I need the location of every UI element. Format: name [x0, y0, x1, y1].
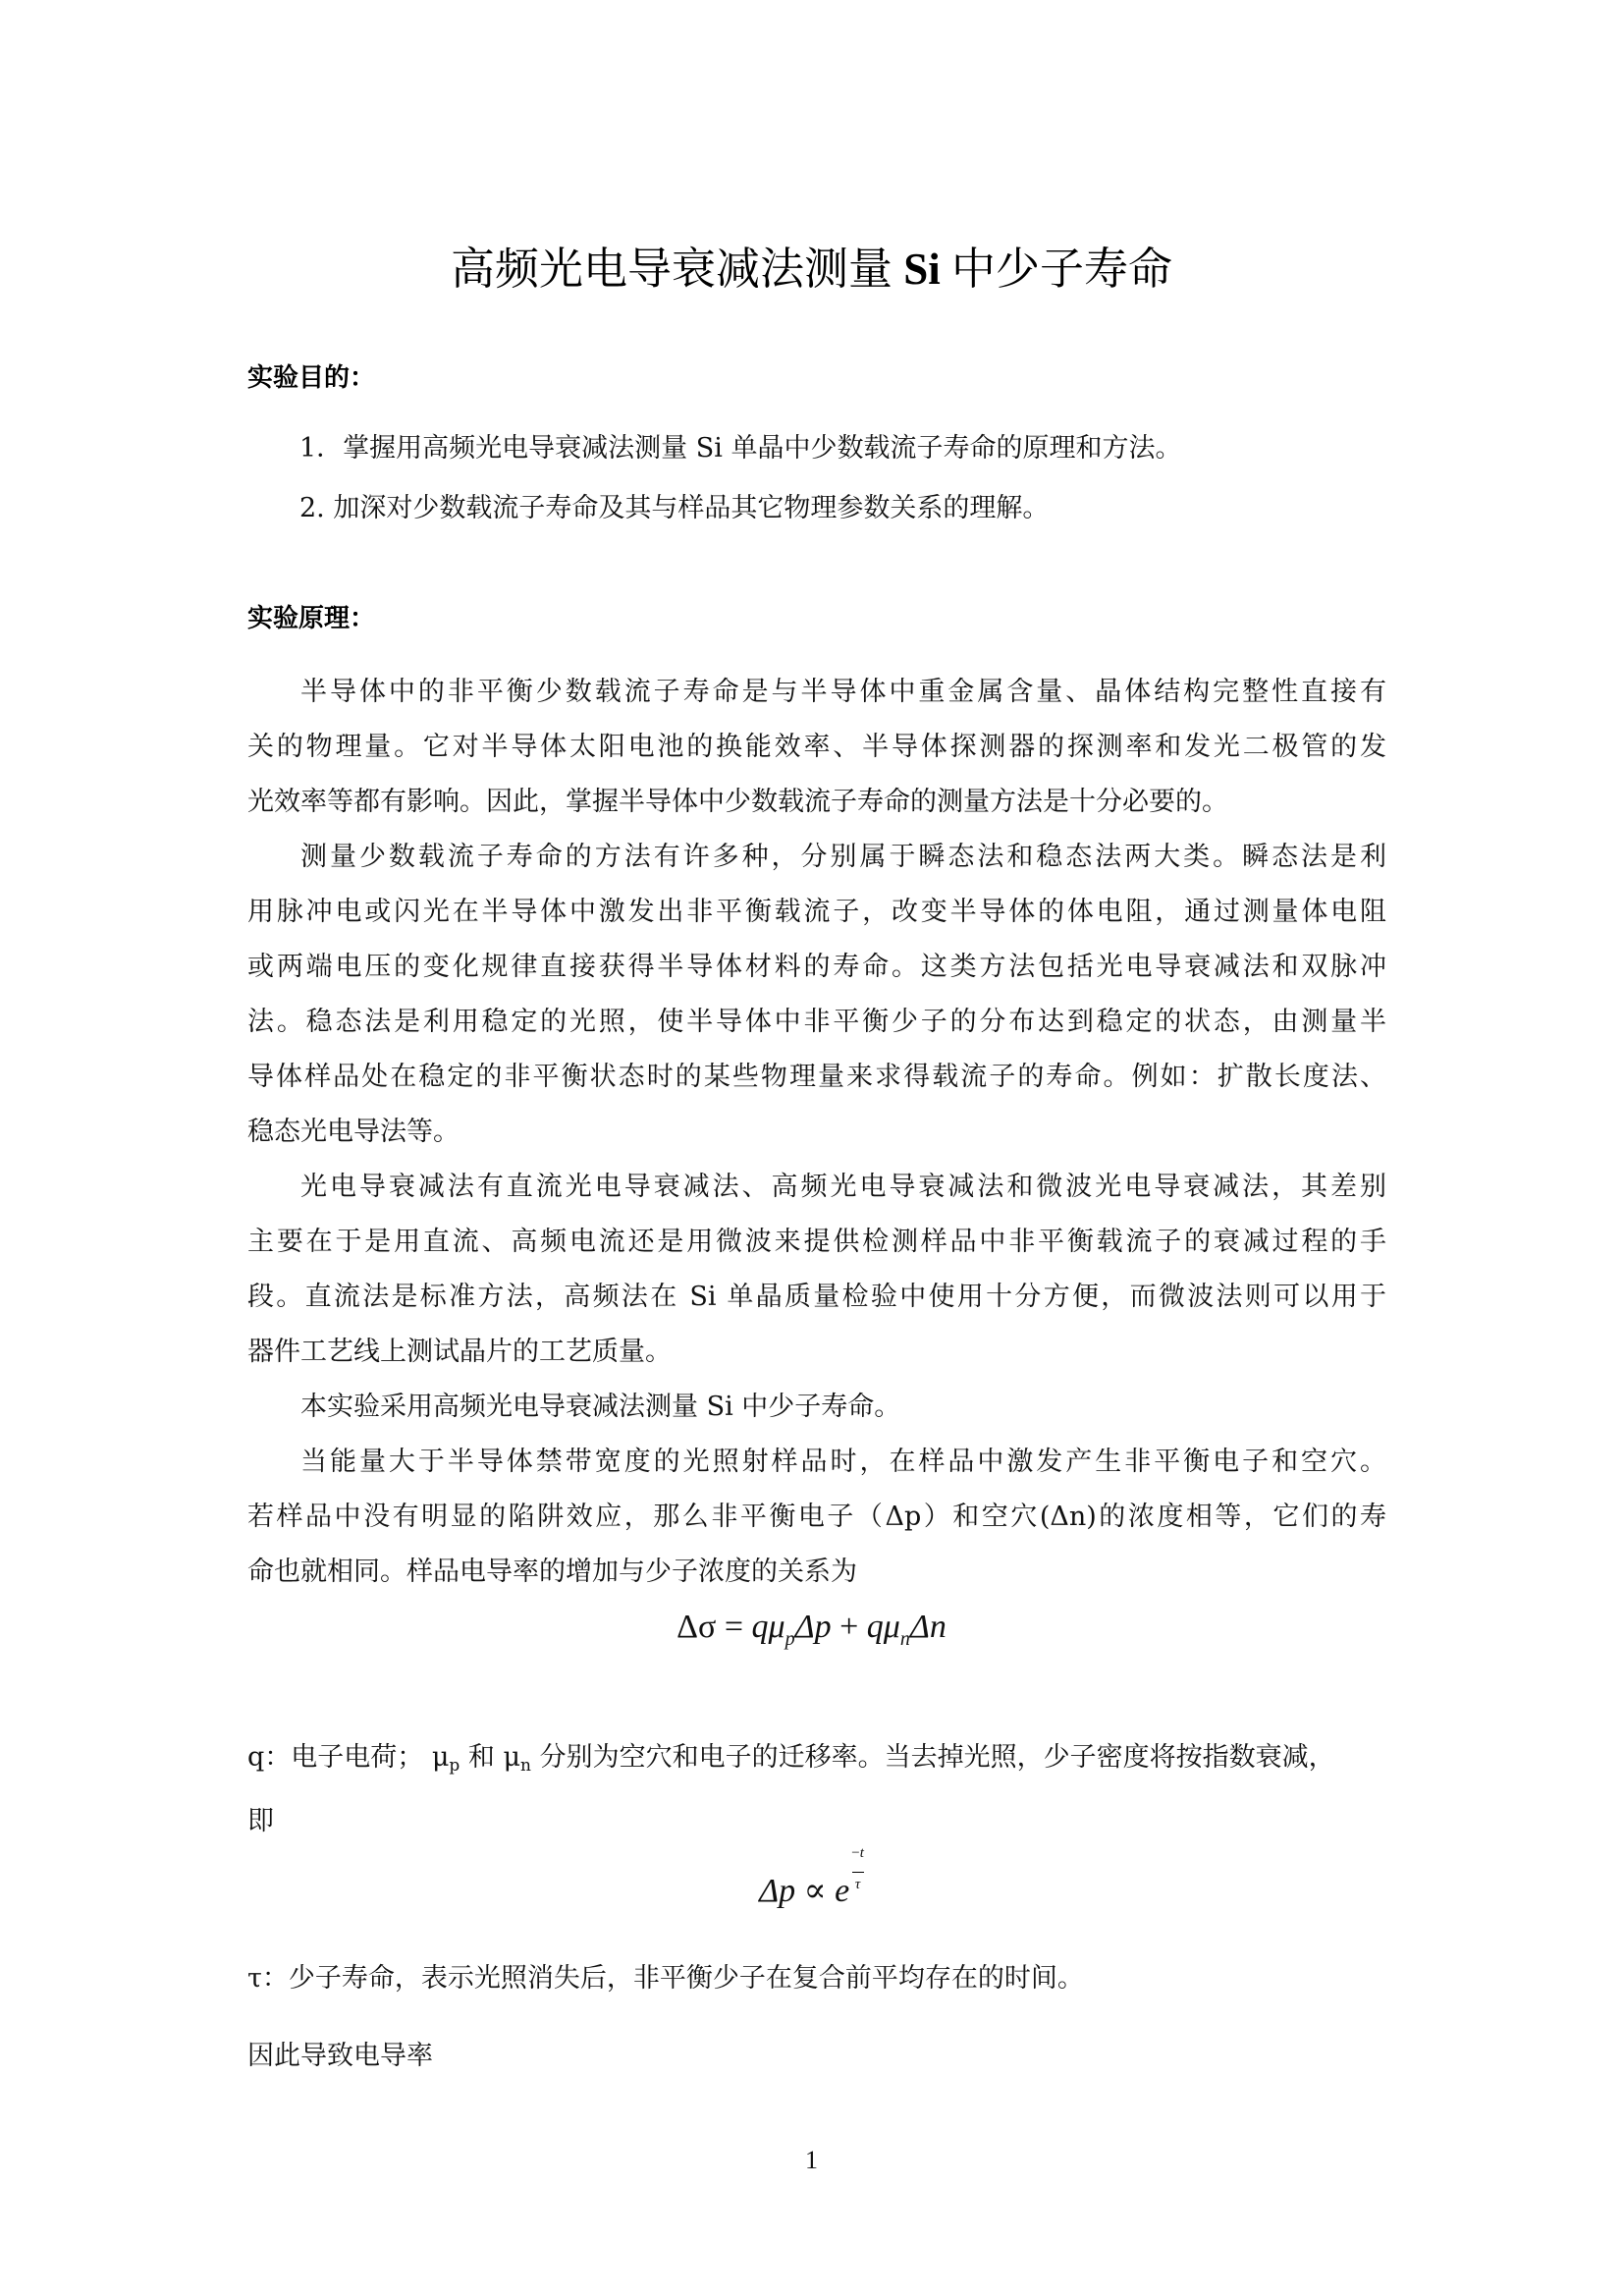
principle-paragraph-1: 半导体中的非平衡少数载流子寿命是与半导体中重金属含量、晶体结构完整性直接有 关的… — [247, 665, 1386, 830]
text-line: 法。稳态法是利用稳定的光照，使半导体中非平衡少子的分布达到稳定的状态，由测量半 — [247, 995, 1386, 1050]
document-page: 高频光电导衰减法测量 Si 中少子寿命 实验目的： 1．掌握用高频光电导衰减法测… — [0, 0, 1623, 2296]
purpose-item-1: 1．掌握用高频光电导衰减法测量 Si 单晶中少数载流子寿命的原理和方法。 — [299, 431, 1181, 466]
text-line: 主要在于是用直流、高频电流还是用微波来提供检测样品中非平衡载流子的衰减过程的手 — [247, 1215, 1386, 1270]
page-number: 1 — [0, 2146, 1623, 2175]
text-line: 导体样品处在稳定的非平衡状态时的某些物理量来求得载流子的寿命。例如：扩散长度法、 — [247, 1050, 1386, 1105]
document-title: 高频光电导衰减法测量 Si 中少子寿命 — [0, 238, 1623, 301]
text-line: 稳态光电导法等。 — [247, 1105, 1386, 1160]
title-latin: Si — [893, 245, 951, 294]
principle-paragraph-3: 光电导衰减法有直流光电导衰减法、高频光电导衰减法和微波光电导衰减法，其差别 主要… — [247, 1160, 1386, 1380]
text-line: 光效率等都有影响。因此，掌握半导体中少数载流子寿命的测量方法是十分必要的。 — [247, 775, 1386, 830]
text-line: 光电导衰减法有直流光电导衰减法、高频光电导衰减法和微波光电导衰减法，其差别 — [247, 1160, 1386, 1215]
text-line: 命也就相同。样品电导率的增加与少子浓度的关系为 — [247, 1545, 1386, 1600]
text-line: 本实验采用高频光电导衰减法测量 Si 中少子寿命。 — [247, 1380, 1386, 1435]
text-line: 用脉冲电或闪光在半导体中激发出非平衡载流子，改变半导体的体电阻，通过测量体电阻 — [247, 885, 1386, 940]
exponent: −tτ — [851, 1845, 864, 1892]
principle-heading: 实验原理： — [247, 601, 375, 636]
text-line: 或两端电压的变化规律直接获得半导体材料的寿命。这类方法包括光电导衰减法和双脉冲 — [247, 940, 1386, 995]
text-line: 器件工艺线上测试晶片的工艺质量。 — [247, 1325, 1386, 1380]
q-definition: q：电子电荷； μp 和 μn 分别为空穴和电子的迁移率。当去掉光照，少子密度将… — [247, 1738, 1335, 1785]
ji-text: 即 — [247, 1802, 274, 1841]
text-line: 段。直流法是标准方法，高频法在 Si 单晶质量检验中使用十分方便，而微波法则可以… — [247, 1270, 1386, 1325]
title-suffix: 中少子寿命 — [951, 243, 1172, 295]
text-line: 若样品中没有明显的陷阱效应，那么非平衡电子（Δp）和空穴(Δn)的浓度相等，它们… — [247, 1490, 1386, 1545]
conductivity-formula: Δσ = qμpΔp + qμnΔn — [0, 1609, 1623, 1651]
principle-paragraph-2: 测量少数载流子寿命的方法有许多种，分别属于瞬态法和稳态法两大类。瞬态法是利 用脉… — [247, 830, 1386, 1160]
title-prefix: 高频光电导衰减法测量 — [451, 243, 893, 295]
tau-definition: τ：少子寿命，表示光照消失后，非平衡少子在复合前平均存在的时间。 — [247, 1959, 1084, 1998]
text-line: 当能量大于半导体禁带宽度的光照射样品时，在样品中激发产生非平衡电子和空穴。 — [247, 1435, 1386, 1490]
text-line: 关的物理量。它对半导体太阳电池的换能效率、半导体探测器的探测率和发光二极管的发 — [247, 720, 1386, 775]
decay-formula: Δp ∝ e−tτ — [0, 1871, 1623, 1918]
conclusion-text: 因此导致电导率 — [247, 2037, 433, 2076]
principle-paragraph-4: 本实验采用高频光电导衰减法测量 Si 中少子寿命。 — [247, 1380, 1386, 1435]
principle-paragraph-5: 当能量大于半导体禁带宽度的光照射样品时，在样品中激发产生非平衡电子和空穴。 若样… — [247, 1435, 1386, 1600]
text-line: 测量少数载流子寿命的方法有许多种，分别属于瞬态法和稳态法两大类。瞬态法是利 — [247, 830, 1386, 885]
purpose-item-2: 2. 加深对少数载流子寿命及其与样品其它物理参数关系的理解。 — [299, 491, 1049, 526]
text-line: 半导体中的非平衡少数载流子寿命是与半导体中重金属含量、晶体结构完整性直接有 — [247, 665, 1386, 720]
purpose-heading: 实验目的： — [247, 360, 375, 396]
